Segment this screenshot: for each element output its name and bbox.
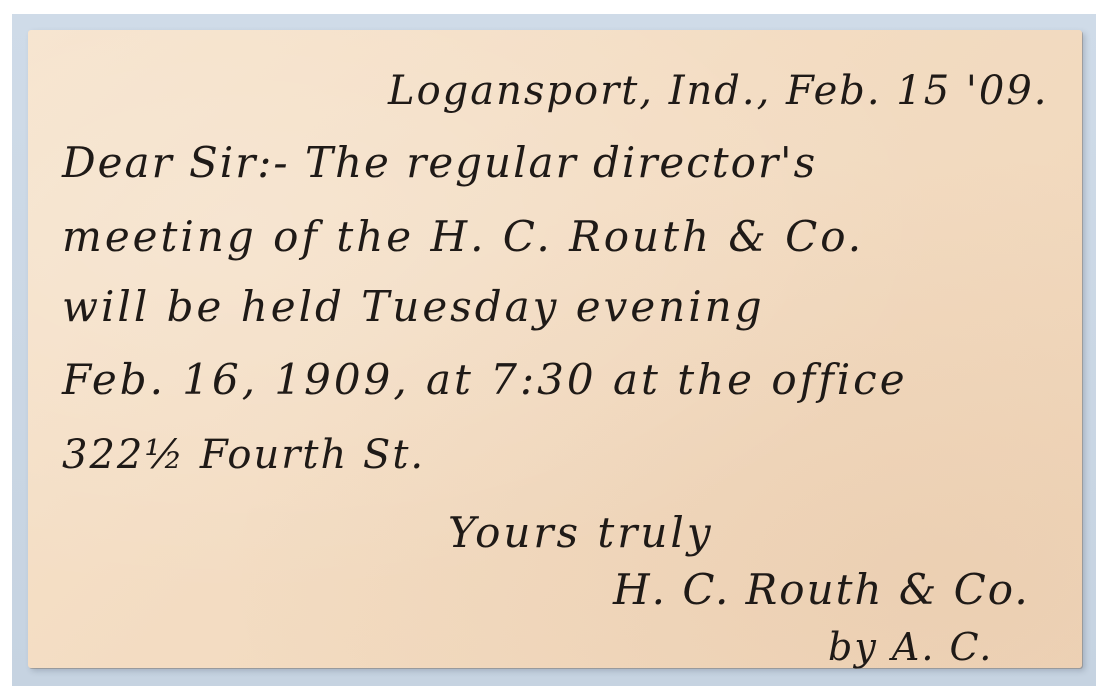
closing: Yours truly: [448, 508, 714, 557]
signed-by: by A. C.: [828, 625, 993, 669]
body-line-salutation: Dear Sir:- The regular director's: [62, 138, 817, 187]
body-line: will be held Tuesday evening: [62, 282, 765, 331]
signature: H. C. Routh & Co.: [613, 565, 1030, 614]
body-line: Feb. 16, 1909, at 7:30 at the office: [62, 355, 908, 404]
place-date-line: Logansport, Ind., Feb. 15 '09.: [388, 68, 1049, 114]
body-line-address: 322½ Fourth St.: [62, 432, 425, 478]
postcard: Logansport, Ind., Feb. 15 '09. Dear Sir:…: [28, 30, 1082, 668]
body-line: meeting of the H. C. Routh & Co.: [62, 212, 864, 261]
